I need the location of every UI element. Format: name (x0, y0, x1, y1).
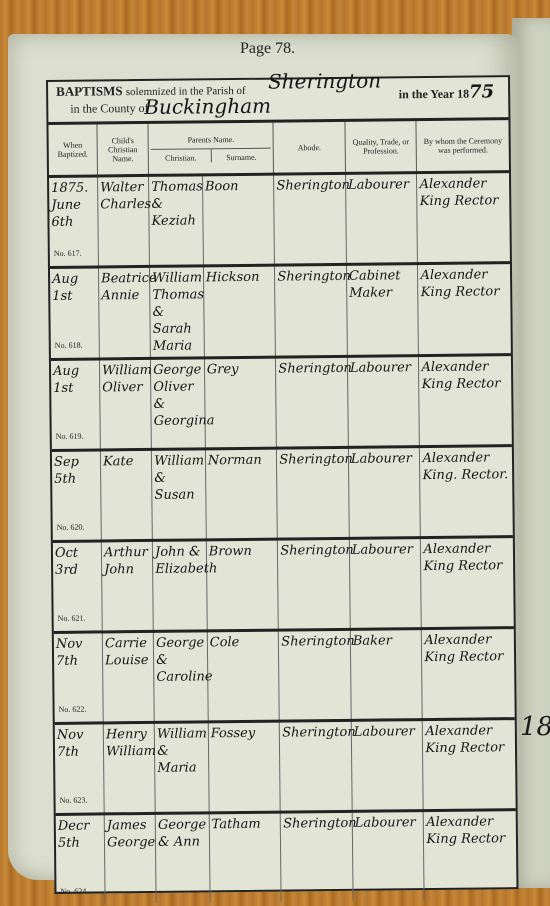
entry-child: James George (104, 813, 156, 903)
entry-number: No. 623. (59, 792, 87, 809)
entry-abode: Sherington (275, 264, 348, 357)
entry-child: Henry William (103, 722, 155, 814)
parish-name: Sherington (268, 68, 381, 93)
entry-number: No. 618. (55, 337, 83, 354)
entry-child: Beatrice Annie (99, 266, 151, 359)
entry-number: No. 617. (54, 245, 82, 262)
table-row: Aug 1stNo. 618.Beatrice AnnieWilliam Tho… (50, 263, 511, 360)
entry-number: No. 622. (59, 701, 87, 718)
entry-child: Kate (100, 449, 152, 541)
register-table-frame: BAPTISMS solemnized in the Parish of She… (46, 75, 518, 894)
baptisms-label: BAPTISMS (56, 83, 123, 99)
entry-number: No. 621. (58, 610, 86, 627)
entry-quality: Labourer (345, 173, 417, 265)
entry-officiant: Alexander King Rector (418, 263, 511, 356)
table-row: Sep 5thNo. 620.KateWilliam & SusanNorman… (52, 446, 513, 542)
entry-officiant: Alexander King Rector (422, 628, 515, 720)
baptism-register-table: When Baptized. Child's Christian Name. P… (48, 120, 516, 904)
col-child: Child's Christian Name. (97, 124, 149, 176)
entry-child: William Oliver (99, 358, 151, 450)
county-label: in the County of (70, 101, 148, 117)
col-when: When Baptized. (48, 124, 97, 176)
table-row: Nov 7thNo. 622.Carrie LouiseGeorge & Car… (54, 628, 515, 724)
col-surname: Surname. (211, 148, 271, 162)
entry-abode: Sherington (276, 356, 348, 448)
entry-child: Walter Charles (98, 175, 150, 267)
entry-number: No. 620. (57, 519, 85, 536)
register-page: Page 78. BAPTISMS solemnized in the Pari… (8, 34, 520, 880)
entry-quality: Labourer (352, 811, 424, 901)
entry-parents: William & Maria (154, 722, 209, 814)
table-row: Nov 7thNo. 623.Henry WilliamWilliam & Ma… (55, 719, 516, 815)
entry-quality: Cabinet Maker (346, 264, 419, 357)
entry-quality: Baker (350, 629, 422, 721)
col-abode: Abode. (273, 122, 345, 174)
year-field: in the Year 1875 (399, 81, 495, 103)
entry-date: Aug 1stNo. 618. (50, 267, 100, 360)
register-header: BAPTISMS solemnized in the Parish of She… (48, 77, 508, 125)
entry-parents: Thomas & Keziah (149, 175, 204, 267)
entry-abode: Sherington (274, 173, 346, 265)
entry-date: Aug 1stNo. 619. (51, 359, 100, 451)
entry-officiant: Alexander King Rector (423, 719, 516, 811)
entry-date: Oct 3rdNo. 621. (53, 541, 102, 633)
entry-surname: Grey (204, 357, 276, 449)
entry-abode: Sherington (278, 538, 350, 630)
entry-date: 1875. June 6thNo. 617. (49, 176, 98, 268)
col-quality: Quality, Trade, or Profession. (345, 121, 417, 173)
entry-surname: Cole (207, 630, 279, 722)
entry-surname: Boon (202, 174, 274, 266)
entry-parents: William Thomas & Sarah Maria (150, 266, 205, 359)
entry-date: Nov 7thNo. 622. (54, 632, 103, 724)
entry-officiant: Alexander King. Rector. (420, 446, 513, 538)
entry-surname: Brown (206, 539, 278, 631)
column-header-row: When Baptized. Child's Christian Name. P… (48, 120, 509, 176)
entry-child: Carrie Louise (102, 631, 154, 723)
entry-number: No. 624. (60, 883, 88, 900)
entry-officiant: Alexander King Rector (417, 172, 510, 264)
entry-surname: Tatham (209, 812, 281, 902)
entry-abode: Sherington (281, 811, 353, 901)
entry-abode: Sherington (280, 720, 352, 812)
entry-officiant: Alexander King Rector (421, 537, 514, 629)
table-row: 1875. June 6thNo. 617.Walter CharlesThom… (49, 172, 510, 268)
col-parents: Parents Name. Christian.Surname. (148, 123, 274, 176)
entry-date: Sep 5thNo. 620. (52, 450, 101, 542)
entry-date: Decr 5thNo. 624. (56, 814, 105, 904)
parents-label: Parents Name. (151, 134, 271, 144)
table-row: Decr 5thNo. 624.James GeorgeGeorge & Ann… (56, 810, 517, 904)
col-christian: Christian. (151, 149, 212, 163)
entry-officiant: Alexander King Rector (424, 810, 517, 900)
table-row: Aug 1stNo. 619.William OliverGeorge Oliv… (51, 355, 512, 451)
entry-parents: John & Elizabeth (152, 540, 207, 632)
next-page-year-fragment: 18 (520, 712, 550, 742)
table-row: Oct 3rdNo. 621.Arthur JohnJohn & Elizabe… (53, 537, 514, 633)
entry-abode: Sherington (279, 629, 351, 721)
entry-parents: George & Caroline (153, 631, 208, 723)
entry-number: No. 619. (56, 428, 84, 445)
year-label: in the Year 18 (399, 87, 469, 102)
entry-quality: Labourer (349, 538, 421, 630)
page-title: Page 78. (240, 40, 295, 58)
entry-surname: Fossey (208, 721, 280, 813)
entry-quality: Labourer (347, 356, 419, 448)
col-by-whom: By whom the Ceremony was performed. (416, 120, 509, 172)
entry-quality: Labourer (351, 720, 423, 812)
county-name: Buckingham (144, 94, 271, 119)
entry-date: Nov 7thNo. 623. (55, 723, 104, 815)
entry-child: Arthur John (101, 540, 153, 632)
entry-abode: Sherington (277, 447, 349, 539)
entry-officiant: Alexander King Rector (419, 355, 512, 447)
entry-parents: George & Ann (155, 813, 210, 903)
year-suffix: 75 (469, 81, 494, 102)
entry-surname: Norman (205, 448, 277, 540)
entry-parents: William & Susan (152, 449, 207, 541)
entry-quality: Labourer (348, 447, 420, 539)
entry-parents: George Oliver & Georgina (151, 358, 206, 450)
entry-surname: Hickson (203, 265, 276, 358)
